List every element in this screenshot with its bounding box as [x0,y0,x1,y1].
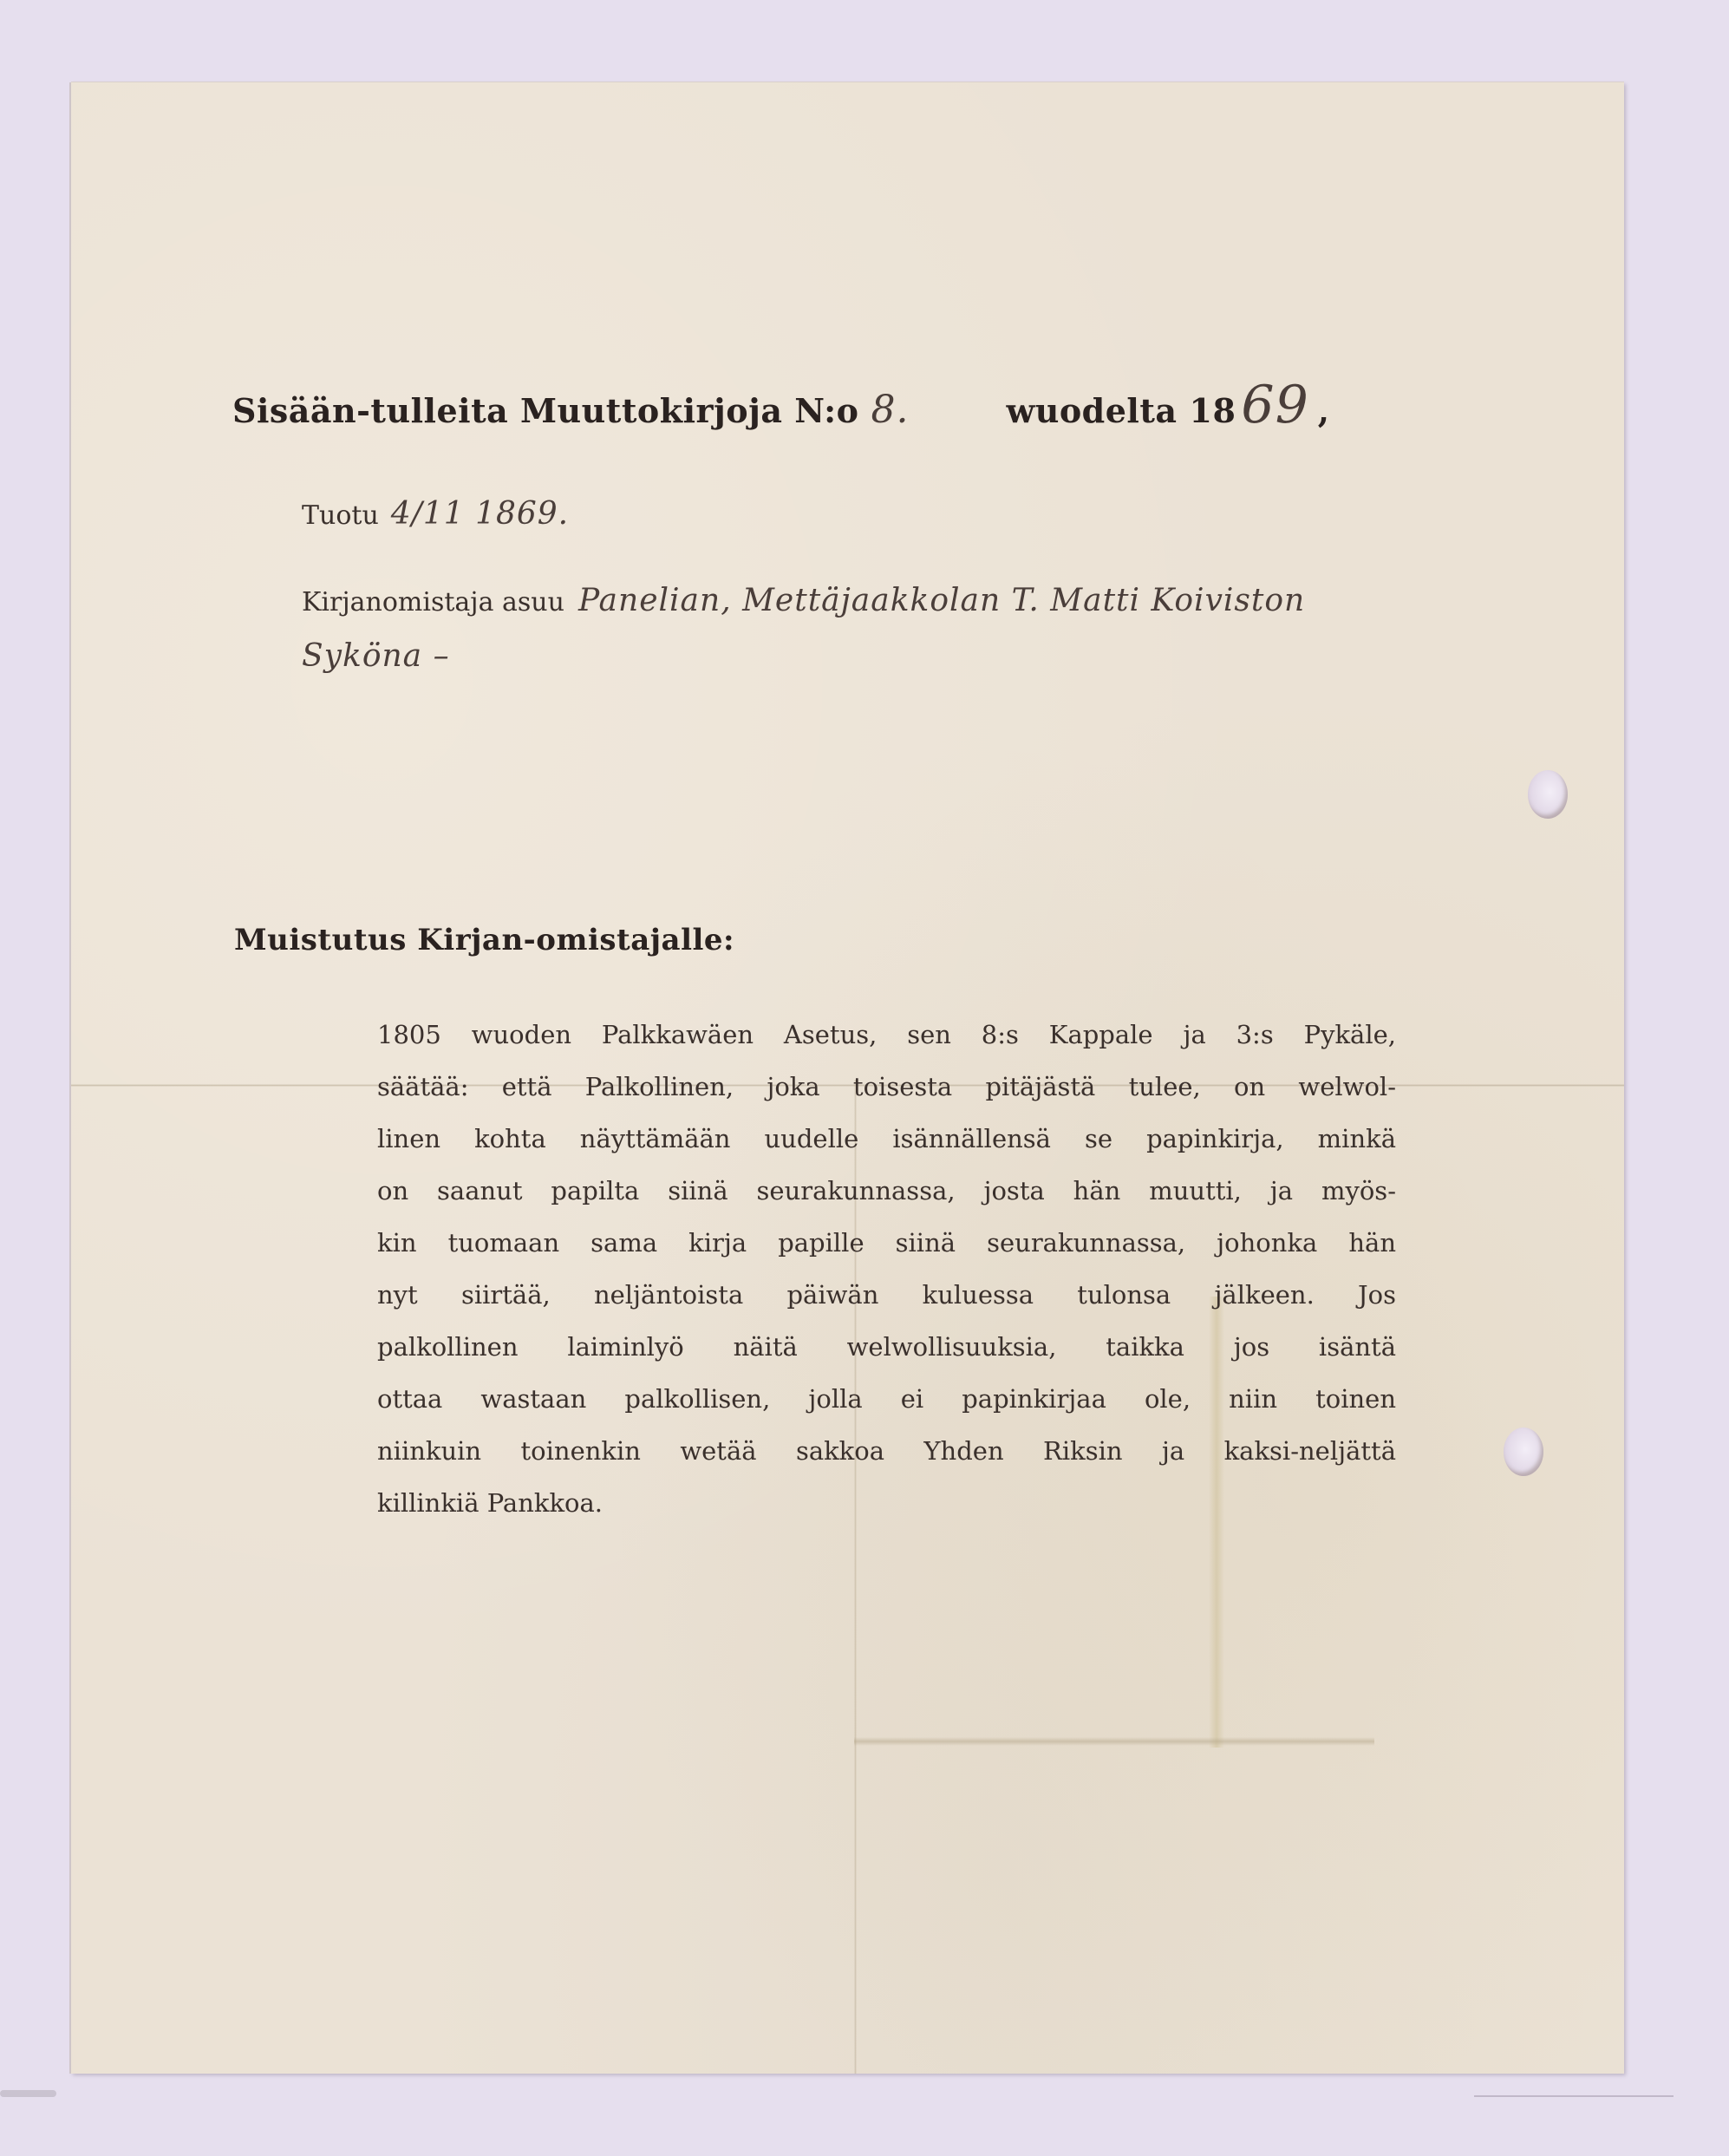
notice-line: ottaa wastaan palkollisen, jolla ei papi… [377,1373,1396,1425]
notice-line: killinkiä Pankkoa. [377,1477,1396,1529]
notice-line: palkollinen laiminlyö näitä welwollisuuk… [377,1321,1396,1373]
notice-line: nyt siirtää, neljäntoista päiwän kuluess… [377,1269,1396,1321]
backdrop-pencil-line [1474,2095,1674,2097]
document-title: Sisään-tulleita Muuttokirjoja N:o 8. wuo… [232,375,1330,435]
title-year-label: wuodelta [1006,391,1177,430]
title-trailing-comma: , [1318,391,1330,430]
owner-residence-continuation: Syköna – [302,638,450,674]
backdrop-smudge [0,2090,56,2097]
stain-horizontal [854,1737,1374,1746]
brought-date-handwritten: 4/11 1869. [391,496,569,532]
title-number-handwritten: 8. [871,388,910,432]
owner-residence-field: Kirjanomistaja asuu Panelian, Mettäjaakk… [302,583,1305,618]
notice-heading: Muistutus Kirjan-omistajalle: [234,923,734,957]
title-year-prefix: 18 [1190,391,1236,430]
notice-line: on saanut papilta siinä seurakunnassa, j… [377,1165,1396,1217]
notice-line: kin tuomaan sama kirja papille siinä seu… [377,1217,1396,1269]
title-printed: Sisään-tulleita Muuttokirjoja N:o [232,391,859,430]
brought-label: Tuotu [302,500,379,531]
punch-hole-icon [1504,1428,1543,1476]
notice-body: 1805 wuoden Palkkawäen Asetus, sen 8:s K… [377,1009,1396,1529]
title-year-handwritten: 69 [1241,375,1308,435]
brought-date-field: Tuotu 4/11 1869. [302,496,569,532]
owner-residence-handwritten-line1: Panelian, Mettäjaakkolan T. Matti Koivis… [578,583,1305,618]
notice-line: niinkuin toinenkin wetää sakkoa Yhden Ri… [377,1425,1396,1477]
owner-residence-handwritten-line2: Syköna – [302,638,450,674]
owner-label: Kirjanomistaja asuu [302,587,564,617]
punch-hole-icon [1528,770,1568,819]
notice-line: säätää: että Palkollinen, joka toisesta … [377,1061,1396,1113]
notice-line: 1805 wuoden Palkkawäen Asetus, sen 8:s K… [377,1009,1396,1061]
notice-line: linen kohta näyttämään uudelle isännälle… [377,1113,1396,1165]
